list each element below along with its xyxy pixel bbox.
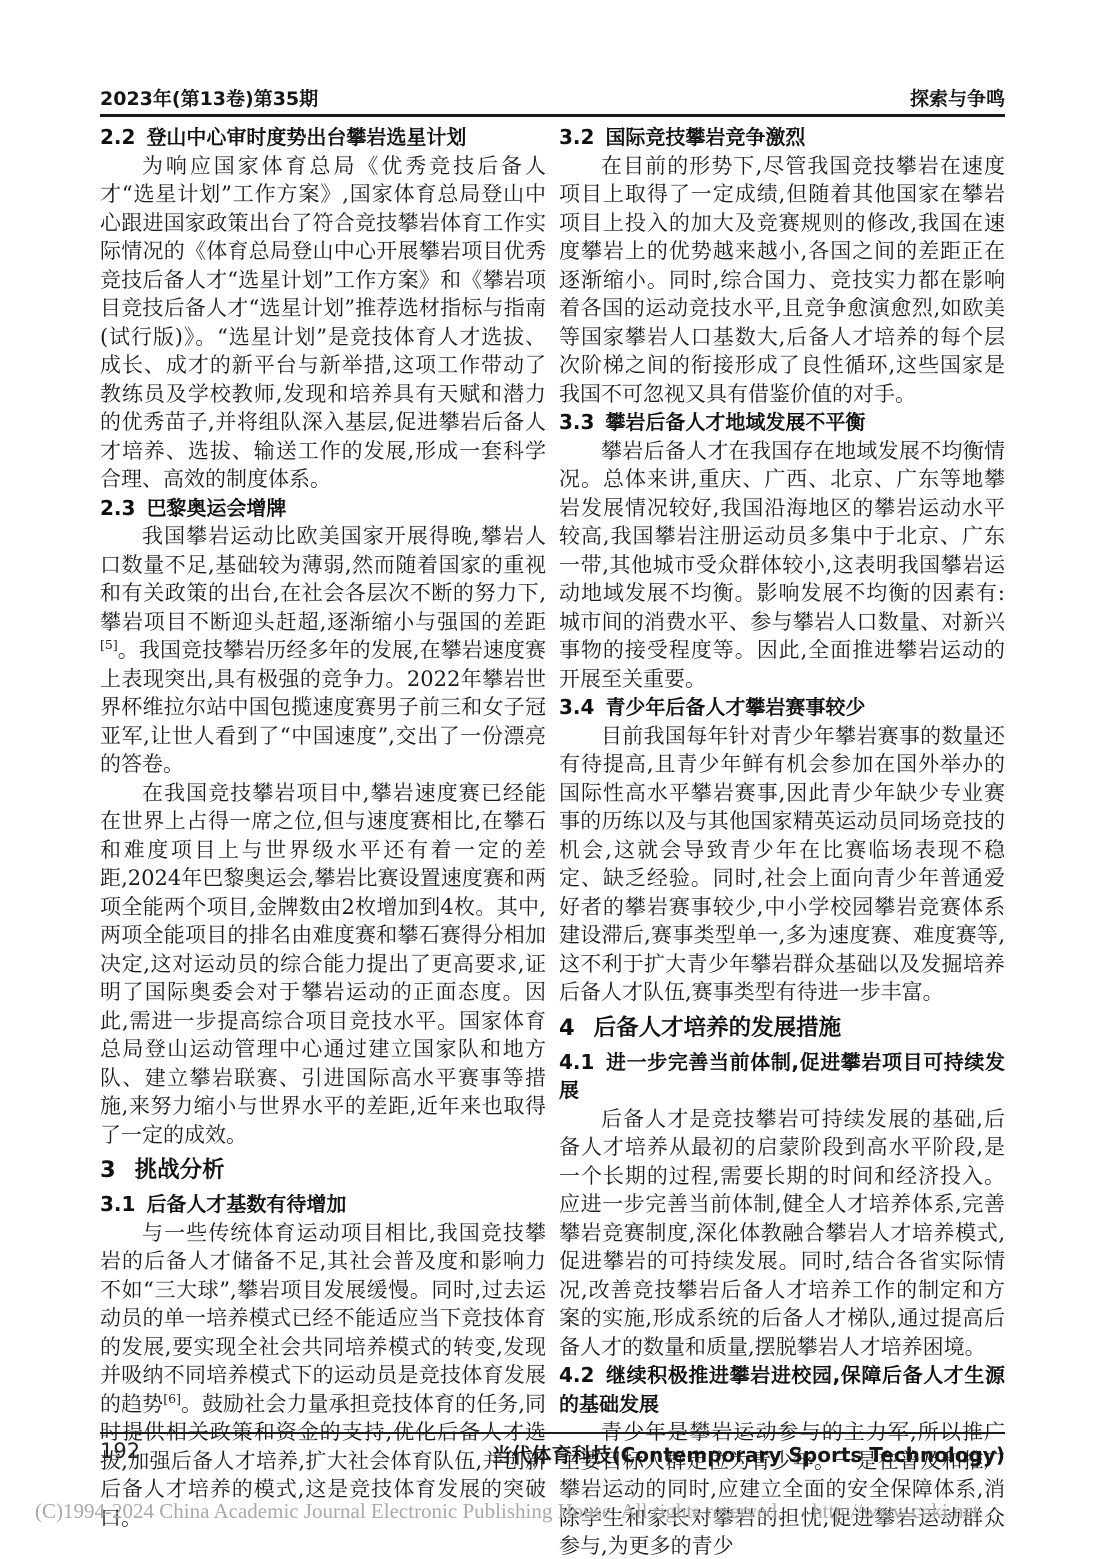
subsection-heading: 4.1进一步完善当前体制,促进攀岩项目可持续发展 — [559, 1048, 1005, 1105]
heading-text: 后备人才基数有待增加 — [146, 1192, 346, 1216]
page-header: 2023年(第13卷)第35期 探索与争鸣 — [100, 84, 1005, 111]
heading-number: 3.4 — [559, 695, 594, 719]
heading-text: 国际竞技攀岩竞争激烈 — [605, 125, 805, 149]
heading-text: 后备人才培养的发展措施 — [594, 1015, 842, 1041]
heading-number: 3.3 — [559, 410, 594, 434]
page-footer: 192 当代体育科技(Contemporary Sports Technolog… — [100, 1439, 1005, 1468]
heading-number: 4.2 — [559, 1363, 594, 1387]
heading-text: 继续积极推进攀岩进校园,保障后备人才生源的基础发展 — [559, 1363, 1005, 1416]
heading-text: 巴黎奥运会增牌 — [146, 496, 286, 520]
subsection-heading: 2.2登山中心审时度势出台攀岩选星计划 — [100, 123, 546, 152]
paragraph: 在我国竞技攀岩项目中,攀岩速度赛已经能在世界上占得一席之位,但与速度赛相比,在攀… — [100, 779, 546, 1150]
paragraph-text: 目前我国每年针对青少年攀岩赛事的数量还有待提高,且青少年鲜有机会参加在国外举办的… — [559, 724, 1005, 1005]
heading-text: 攀岩后备人才地域发展不平衡 — [605, 410, 865, 434]
subsection-heading: 3.1后备人才基数有待增加 — [100, 1190, 546, 1219]
paragraph-text: 。我国竞技攀岩历经多年的发展,在攀岩速度赛上表现突出,具有极强的竞争力。2022… — [100, 638, 546, 776]
journal-page: 2023年(第13卷)第35期 探索与争鸣 2.2登山中心审时度势出台攀岩选星计… — [0, 0, 1102, 1559]
paragraph: 目前我国每年针对青少年攀岩赛事的数量还有待提高,且青少年鲜有机会参加在国外举办的… — [559, 722, 1005, 1007]
copyright-text: (C)1994-2024 China Academic Journal Elec… — [35, 1499, 782, 1523]
subsection-heading: 3.3攀岩后备人才地域发展不平衡 — [559, 408, 1005, 437]
page-number: 192 — [100, 1439, 140, 1463]
issue-info: 2023年(第13卷)第35期 — [100, 84, 318, 111]
cnki-url: http://www.cnki.net — [812, 1499, 979, 1523]
article-body: 2.2登山中心审时度势出台攀岩选星计划为响应国家体育总局《优秀竞技后备人才“选星… — [100, 123, 1005, 1559]
copyright-watermark: (C)1994-2024 China Academic Journal Elec… — [35, 1499, 979, 1524]
heading-number: 3.2 — [559, 125, 594, 149]
heading-number: 3 — [100, 1157, 116, 1183]
heading-number: 4 — [559, 1015, 575, 1041]
heading-text: 挑战分析 — [135, 1157, 225, 1183]
heading-number: 3.1 — [100, 1192, 135, 1216]
heading-number: 4.1 — [559, 1050, 594, 1074]
paragraph-text: 与一些传统体育运动项目相比,我国竞技攀岩的后备人才储备不足,其社会普及度和影响力… — [100, 1221, 546, 1416]
paragraph-text: 在我国竞技攀岩项目中,攀岩速度赛已经能在世界上占得一席之位,但与速度赛相比,在攀… — [100, 781, 546, 1147]
footer-rule — [100, 1432, 1005, 1434]
paragraph: 我国攀岩运动比欧美国家开展得晚,攀岩人口数量不足,基础较为薄弱,然而随着国家的重… — [100, 522, 546, 779]
paragraph: 后备人才是竞技攀岩可持续发展的基础,后备人才培养从最初的启蒙阶段到高水平阶段,是… — [559, 1105, 1005, 1362]
right-column: 3.2国际竞技攀岩竞争激烈在目前的形势下,尽管我国竞技攀岩在速度项目上取得了一定… — [559, 123, 1005, 1559]
heading-text: 进一步完善当前体制,促进攀岩项目可持续发展 — [559, 1050, 1005, 1103]
paragraph-text: 我国攀岩运动比欧美国家开展得晚,攀岩人口数量不足,基础较为薄弱,然而随着国家的重… — [100, 524, 546, 634]
heading-text: 青少年后备人才攀岩赛事较少 — [605, 695, 865, 719]
subsection-heading: 4.2继续积极推进攀岩进校园,保障后备人才生源的基础发展 — [559, 1361, 1005, 1418]
paragraph: 攀岩后备人才在我国存在地域发展不均衡情况。总体来讲,重庆、广西、北京、广东等地攀… — [559, 437, 1005, 694]
citation-ref: [6] — [163, 1391, 181, 1406]
heading-number: 2.3 — [100, 496, 135, 520]
header-rule — [100, 114, 1005, 117]
paragraph: 与一些传统体育运动项目相比,我国竞技攀岩的后备人才储备不足,其社会普及度和影响力… — [100, 1219, 546, 1533]
paragraph-text: 在目前的形势下,尽管我国竞技攀岩在速度项目上取得了一定成绩,但随着其他国家在攀岩… — [559, 154, 1005, 406]
paragraph-text: 为响应国家体育总局《优秀竞技后备人才“选星计划”工作方案》,国家体育总局登山中心… — [100, 154, 546, 492]
section-heading: 4后备人才培养的发展措施 — [559, 1014, 1005, 1043]
heading-number: 2.2 — [100, 125, 135, 149]
subsection-heading: 2.3巴黎奥运会增牌 — [100, 494, 546, 523]
section-heading: 3挑战分析 — [100, 1156, 546, 1185]
paragraph: 为响应国家体育总局《优秀竞技后备人才“选星计划”工作方案》,国家体育总局登山中心… — [100, 152, 546, 494]
paragraph-text: 攀岩后备人才在我国存在地域发展不均衡情况。总体来讲,重庆、广西、北京、广东等地攀… — [559, 439, 1005, 691]
journal-name: 当代体育科技(Contemporary Sports Technology) — [491, 1439, 1005, 1468]
paragraph-text: 后备人才是竞技攀岩可持续发展的基础,后备人才培养从最初的启蒙阶段到高水平阶段,是… — [559, 1107, 1005, 1359]
subsection-heading: 3.4青少年后备人才攀岩赛事较少 — [559, 693, 1005, 722]
heading-text: 登山中心审时度势出台攀岩选星计划 — [146, 125, 466, 149]
citation-ref: [5] — [100, 637, 118, 652]
subsection-heading: 3.2国际竞技攀岩竞争激烈 — [559, 123, 1005, 152]
column-section-title: 探索与争鸣 — [910, 84, 1005, 111]
paragraph: 在目前的形势下,尽管我国竞技攀岩在速度项目上取得了一定成绩,但随着其他国家在攀岩… — [559, 152, 1005, 409]
left-column: 2.2登山中心审时度势出台攀岩选星计划为响应国家体育总局《优秀竞技后备人才“选星… — [100, 123, 546, 1559]
